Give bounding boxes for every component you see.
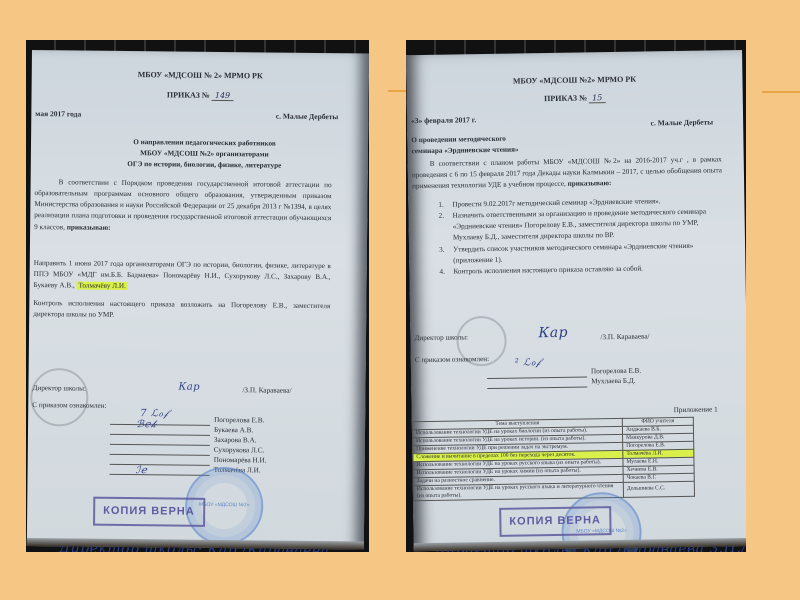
- order-date: «3» февраля 2017 г.: [411, 114, 476, 127]
- order-word: приказываю:: [568, 179, 612, 188]
- order-label: ПРИКАЗ №: [544, 93, 587, 103]
- order-place: с. Малые Дербеты: [651, 116, 714, 129]
- item-number: 3.: [439, 244, 453, 267]
- signee-name: Мухлаева Б.Д.: [591, 376, 635, 388]
- item-text: Назначить ответственными за организацию …: [452, 206, 722, 244]
- signee-handwritten-signature: ℬℯ𝓀: [136, 417, 157, 433]
- item-number: 2.: [438, 211, 453, 245]
- acquainted-label: С приказом ознакомлен:: [415, 354, 489, 366]
- appendix-table-body: Использование технологии УДЕ на уроках б…: [412, 425, 694, 500]
- director-name: /З.П. Караваева/: [600, 331, 649, 343]
- appendix-label: Приложение 1: [674, 404, 718, 416]
- order-item-1: Направить 1 июня 2017 года организаторам…: [33, 258, 330, 295]
- order-number: 149: [212, 91, 233, 101]
- order-item-2: Контроль исполнения настоящего приказа в…: [33, 298, 330, 323]
- order-149-page: МБОУ «МДСОШ № 2» МРМО РК ПРИКАЗ № 149 ма…: [27, 50, 369, 550]
- item-text: Контроль исполнения настоящего приказа о…: [453, 264, 643, 278]
- director-label: Директор школы:: [414, 332, 468, 344]
- subject-line: ОГЭ по истории, биологии, физике, литера…: [71, 159, 338, 173]
- order-word: приказываю:: [67, 223, 111, 231]
- order-subject: О проведении методического семинара «Эрд…: [411, 134, 518, 158]
- appendix-table: Тема выступления ФИО учителя Использован…: [412, 417, 695, 501]
- director-name: /З.П. Караваева/: [242, 385, 291, 397]
- copy-certified-stamp: КОПИЯ ВЕРНА: [499, 506, 611, 537]
- order-title: ПРИКАЗ № 15: [407, 90, 743, 108]
- signee-list: Погорелова Е.В. Мухлаева Б.Д.: [487, 367, 641, 389]
- left-document-photo: МБОУ «МДСОШ № 2» МРМО РК ПРИКАЗ № 149 ма…: [26, 40, 369, 552]
- order-items: 1.Провести 9.02.2017г методический семин…: [438, 195, 723, 278]
- order-item: 2.Назначить ответственными за организаци…: [438, 206, 722, 244]
- order-15-page: МБОУ «МДСОШ №2» МРМО РК ПРИКАЗ № 15 «3» …: [406, 50, 746, 551]
- signee-handwritten-signature: ℐℯ: [136, 463, 148, 479]
- order-date: мая 2017 года: [35, 108, 81, 120]
- acquainted-label: С приказом ознакомлен:: [32, 400, 106, 412]
- order-preamble: В соответствии с планом работы МБОУ «МДС…: [412, 154, 722, 192]
- item-number: 1.: [438, 200, 452, 211]
- item-number: 4.: [439, 266, 453, 277]
- signature-line: [110, 474, 210, 476]
- director-signature: Кар: [178, 380, 200, 396]
- teacher-cell: Дольшиева С.С.: [623, 481, 694, 497]
- order-item: 3.Утвердить список участников методическ…: [439, 240, 723, 267]
- order-title: ПРИКАЗ № 149: [31, 88, 368, 104]
- faint-seal: [30, 368, 89, 427]
- organization-header: МБОУ «МДСОШ №2» МРМО РК: [406, 72, 742, 90]
- order-preamble: В соответствии с Порядком проведения гос…: [34, 177, 332, 236]
- signature-line: [487, 386, 587, 389]
- highlighted-name: Толмачёву Л.И.: [77, 282, 128, 291]
- director-signature: Кар: [538, 323, 568, 345]
- item-text: Утвердить список участников методическог…: [453, 240, 723, 267]
- order-number: 15: [589, 93, 605, 103]
- right-document-photo: МБОУ «МДСОШ №2» МРМО РК ПРИКАЗ № 15 «3» …: [406, 40, 746, 552]
- signee-list: Погорелова Е.В. Букаева А.В. Захарова В.…: [110, 415, 267, 477]
- order-subject: О направлении педагогических работников …: [71, 136, 338, 172]
- subject-line: семинара «Эрдниевские чтения»: [411, 145, 518, 158]
- accent-line: [762, 91, 800, 93]
- copy-certified-stamp: КОПИЯ ВЕРНА: [93, 497, 205, 527]
- order-place: с. Малые Дербеты: [276, 111, 339, 123]
- organization-header: МБОУ «МДСОШ № 2» МРМО РК: [32, 68, 369, 84]
- order-label: ПРИКАЗ №: [167, 90, 210, 99]
